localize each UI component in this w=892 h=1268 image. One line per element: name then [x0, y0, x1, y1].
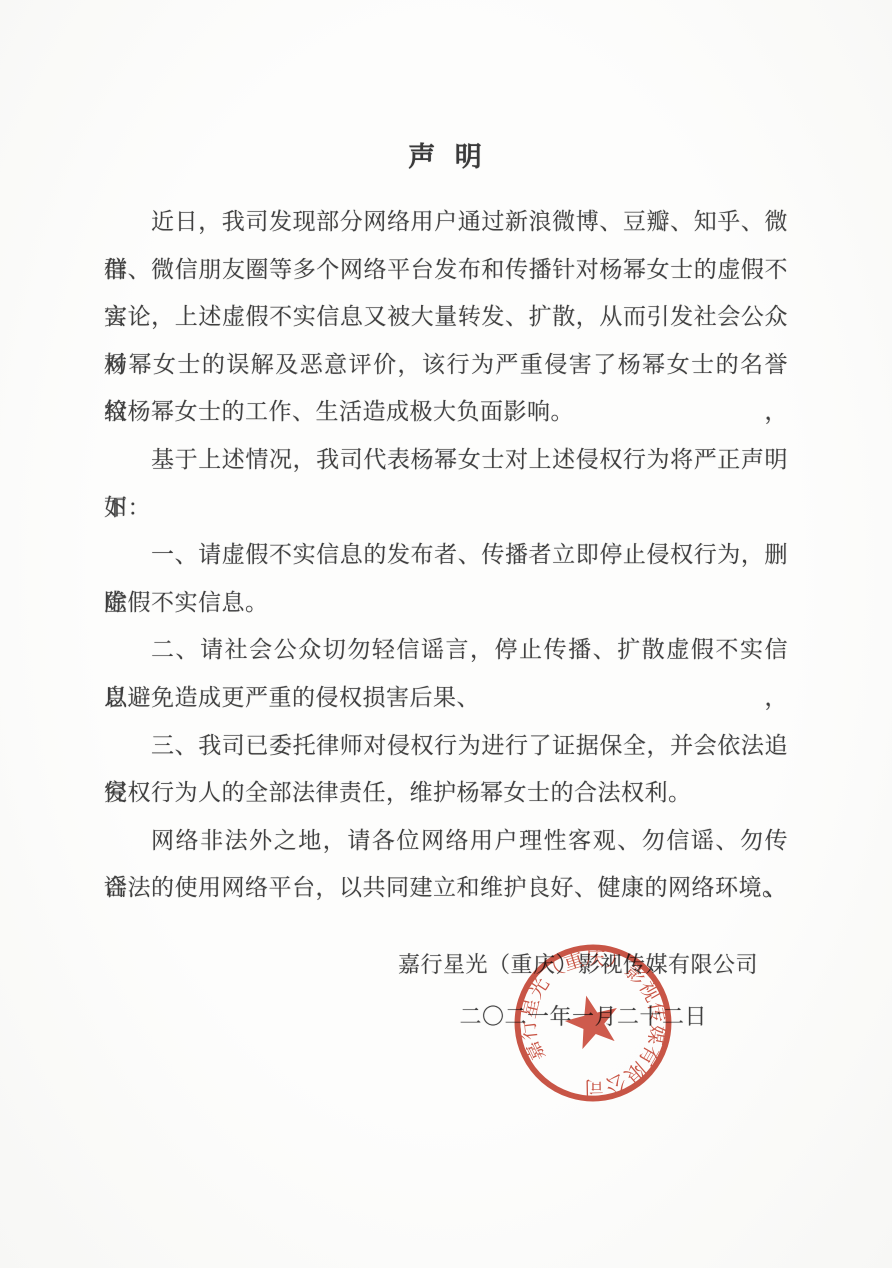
text-line: 网络非法外之地，请各位网络用户理性客观、勿信谣、勿传谣、 [104, 817, 788, 865]
text-line: 一、请虚假不实信息的发布者、传播者立即停止侵权行为，删除 [104, 531, 788, 579]
text-line: 近日，我司发现部分网络用户通过新浪微博、豆瓣、知乎、微信 [104, 198, 788, 246]
signature-block: 嘉行星光（重庆）影视传媒有限公司 二〇二一年一月二十二日 [0, 950, 892, 1032]
text-line: 杨幂女士的误解及恶意评价，该行为严重侵害了杨幂女士的名誉权， [104, 341, 788, 389]
statement-document: 声 明 近日，我司发现部分网络用户通过新浪微博、豆瓣、知乎、微信 群、微信朋友圈… [0, 0, 892, 1268]
text-line: 三、我司已委托律师对侵权行为进行了证据保全，并会依法追究 [104, 722, 788, 770]
text-line: 侵权行为人的全部法律责任，维护杨幂女士的合法权利。 [104, 769, 788, 817]
company-name: 嘉行星光（重庆）影视传媒有限公司 [0, 950, 892, 980]
statement-date: 二〇二一年一月二十二日 [0, 1002, 892, 1032]
document-title: 声 明 [0, 0, 892, 174]
document-body: 近日，我司发现部分网络用户通过新浪微博、豆瓣、知乎、微信 群、微信朋友圈等多个网… [104, 198, 788, 912]
text-line: 虚假不实信息。 [104, 579, 788, 627]
text-line: 下： [104, 484, 788, 532]
text-line: 言论，上述虚假不实信息又被大量转发、扩散，从而引发社会公众对 [104, 293, 788, 341]
text-line: 群、微信朋友圈等多个网络平台发布和传播针对杨幂女士的虚假不实 [104, 246, 788, 294]
text-line: 二、请社会公众切勿轻信谣言，停止传播、扩散虚假不实信息， [104, 626, 788, 674]
text-line: 基于上述情况，我司代表杨幂女士对上述侵权行为将严正声明如 [104, 436, 788, 484]
text-line: 合法的使用网络平台，以共同建立和维护良好、健康的网络环境。 [104, 864, 788, 912]
